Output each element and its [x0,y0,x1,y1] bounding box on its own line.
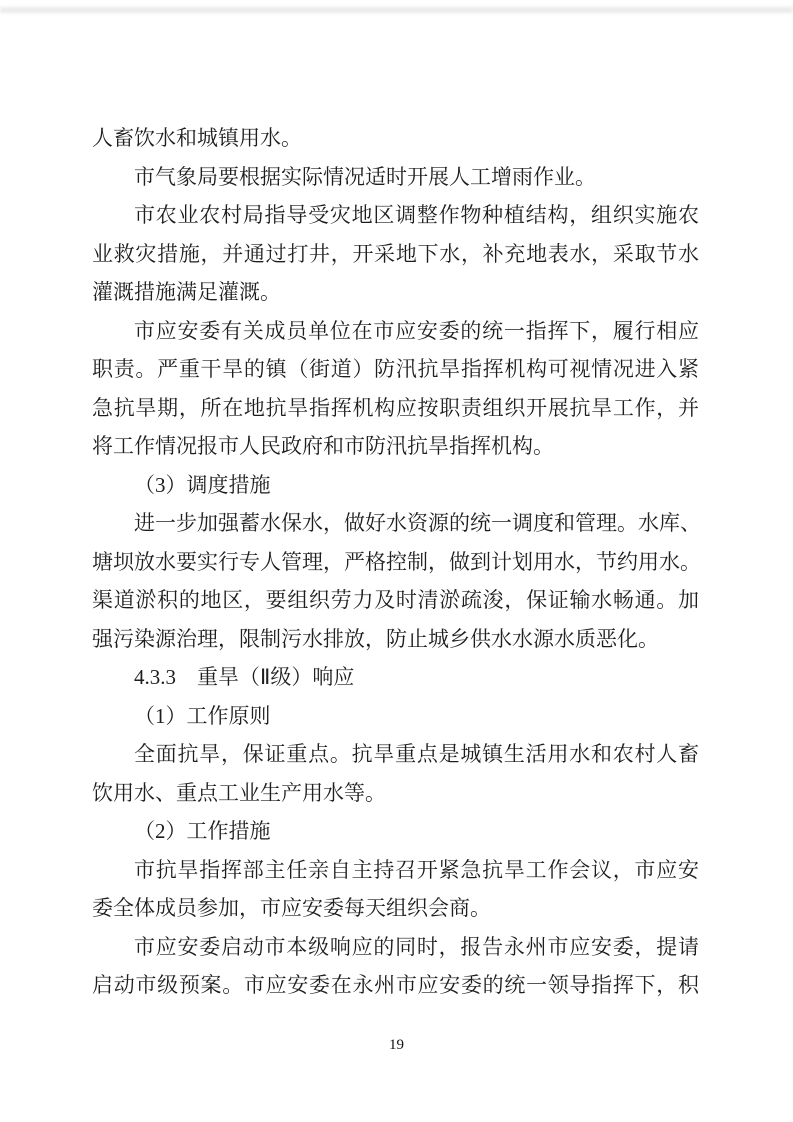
text-line: 人畜饮水和城镇用水。 [92,119,699,158]
section-heading: 4.3.3 重旱（Ⅱ级）响应 [92,658,699,697]
text-line: 市气象局要根据实际情况适时开展人工增雨作业。 [92,158,699,197]
text-line: 塘坝放水要实行专人管理，严格控制，做到计划用水，节约用水。 [92,543,699,582]
text-line: 急抗旱期，所在地抗旱指挥机构应按职责组织开展抗旱工作，并 [92,389,699,428]
text-line: 市农业农村局指导受灾地区调整作物种植结构，组织实施农 [92,196,699,235]
text-line: 全面抗旱，保证重点。抗旱重点是城镇生活用水和农村人畜 [92,735,699,774]
text-line: 委全体成员参加，市应安委每天组织会商。 [92,889,699,928]
text-line: 市应安委有关成员单位在市应安委的统一指挥下，履行相应 [92,312,699,351]
text-line: 市应安委启动市本级响应的同时，报告永州市应安委，提请 [92,928,699,967]
subheading: （2）工作措施 [92,812,699,851]
subheading: （1）工作原则 [92,697,699,736]
subheading: （3）调度措施 [92,466,699,505]
text-line: 将工作情况报市人民政府和市防汛抗旱指挥机构。 [92,427,699,466]
text-line: 市抗旱指挥部主任亲自主持召开紧急抗旱工作会议，市应安 [92,851,699,890]
text-line: 渠道淤积的地区，要组织劳力及时清淤疏浚，保证输水畅通。加 [92,581,699,620]
document-text-block: 人畜饮水和城镇用水。市气象局要根据实际情况适时开展人工增雨作业。市农业农村局指导… [92,119,699,1005]
text-line: 灌溉措施满足灌溉。 [92,273,699,312]
text-line: 职责。严重干旱的镇（街道）防汛抗旱指挥机构可视情况进入紧 [92,350,699,389]
scan-artifact-line [0,7,793,13]
text-line: 饮用水、重点工业生产用水等。 [92,774,699,813]
text-line: 强污染源治理，限制污水排放，防止城乡供水水源水质恶化。 [92,620,699,659]
text-line: 业救灾措施，并通过打井，开采地下水，补充地表水，采取节水 [92,235,699,274]
text-line: 启动市级预案。市应安委在永州市应安委的统一领导指挥下，积 [92,966,699,1005]
text-line: 进一步加强蓄水保水，做好水资源的统一调度和管理。水库、 [92,504,699,543]
page-number: 19 [0,1037,793,1054]
